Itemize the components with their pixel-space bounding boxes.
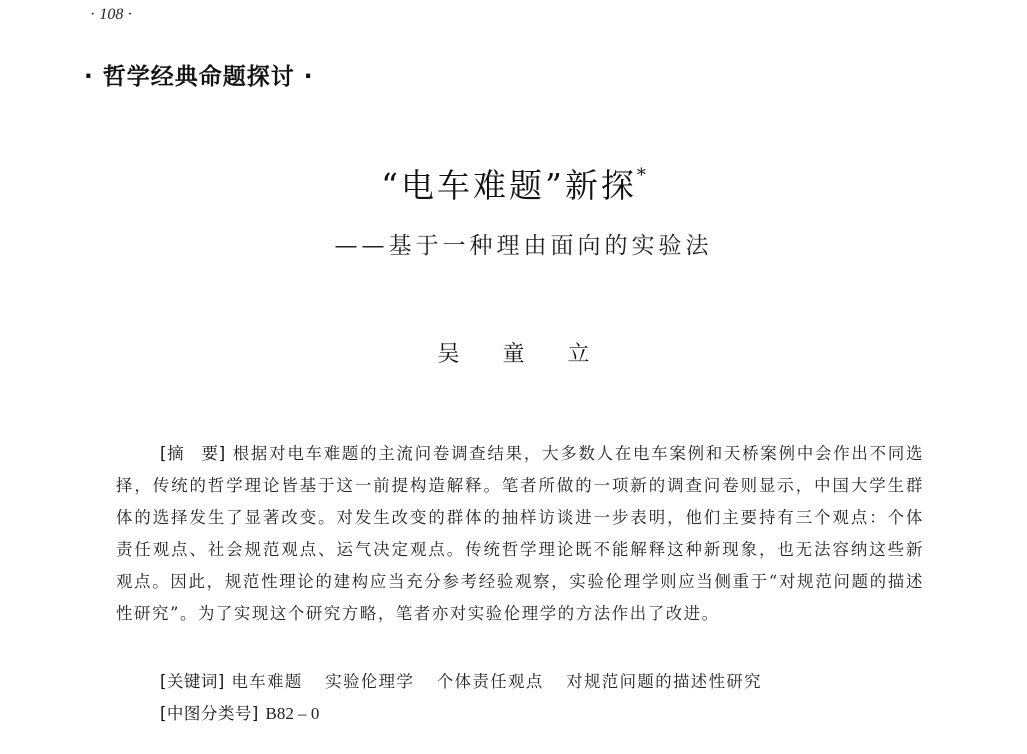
- page-number: · 108 ·: [90, 6, 133, 24]
- keyword-item: 实验伦理学: [325, 672, 414, 691]
- page-number-bullet-right: ·: [127, 6, 132, 23]
- keywords: [关键词] 电车难题 实验伦理学 个体责任观点 对规范问题的描述性研究: [160, 668, 778, 692]
- author-name: 吴 童 立: [0, 337, 1027, 368]
- abstract: [摘 要] 根据对电车难题的主流问卷调查结果，大多数人在电车案例和天桥案例中会作…: [116, 438, 924, 630]
- title-footnote-mark: *: [637, 165, 646, 186]
- keyword-item: 电车难题: [232, 672, 303, 691]
- article-title: “电车难题”新探*: [0, 160, 1027, 207]
- classification: [中图分类号] B82 – 0: [160, 700, 319, 724]
- abstract-text: 根据对电车难题的主流问卷调查结果，大多数人在电车案例和天桥案例中会作出不同选择，…: [116, 444, 924, 623]
- author-char: 立: [568, 337, 590, 368]
- author-char: 吴: [437, 337, 459, 368]
- keywords-label: [关键词]: [160, 672, 225, 691]
- abstract-label: [摘 要]: [160, 444, 226, 463]
- page-number-bullet-left: ·: [90, 6, 95, 23]
- page-number-value: 108: [99, 6, 123, 23]
- classification-code: B82 – 0: [266, 704, 320, 723]
- keyword-item: 个体责任观点: [437, 672, 544, 691]
- article-subtitle: ——基于一种理由面向的实验法: [0, 227, 1027, 260]
- column-label: · 哲学经典命题探讨 ·: [84, 58, 314, 91]
- author-char: 童: [502, 337, 524, 368]
- keyword-item: 对规范问题的描述性研究: [566, 672, 762, 691]
- classification-label: [中图分类号]: [160, 704, 259, 723]
- article-title-text: “电车难题”新探: [381, 166, 637, 205]
